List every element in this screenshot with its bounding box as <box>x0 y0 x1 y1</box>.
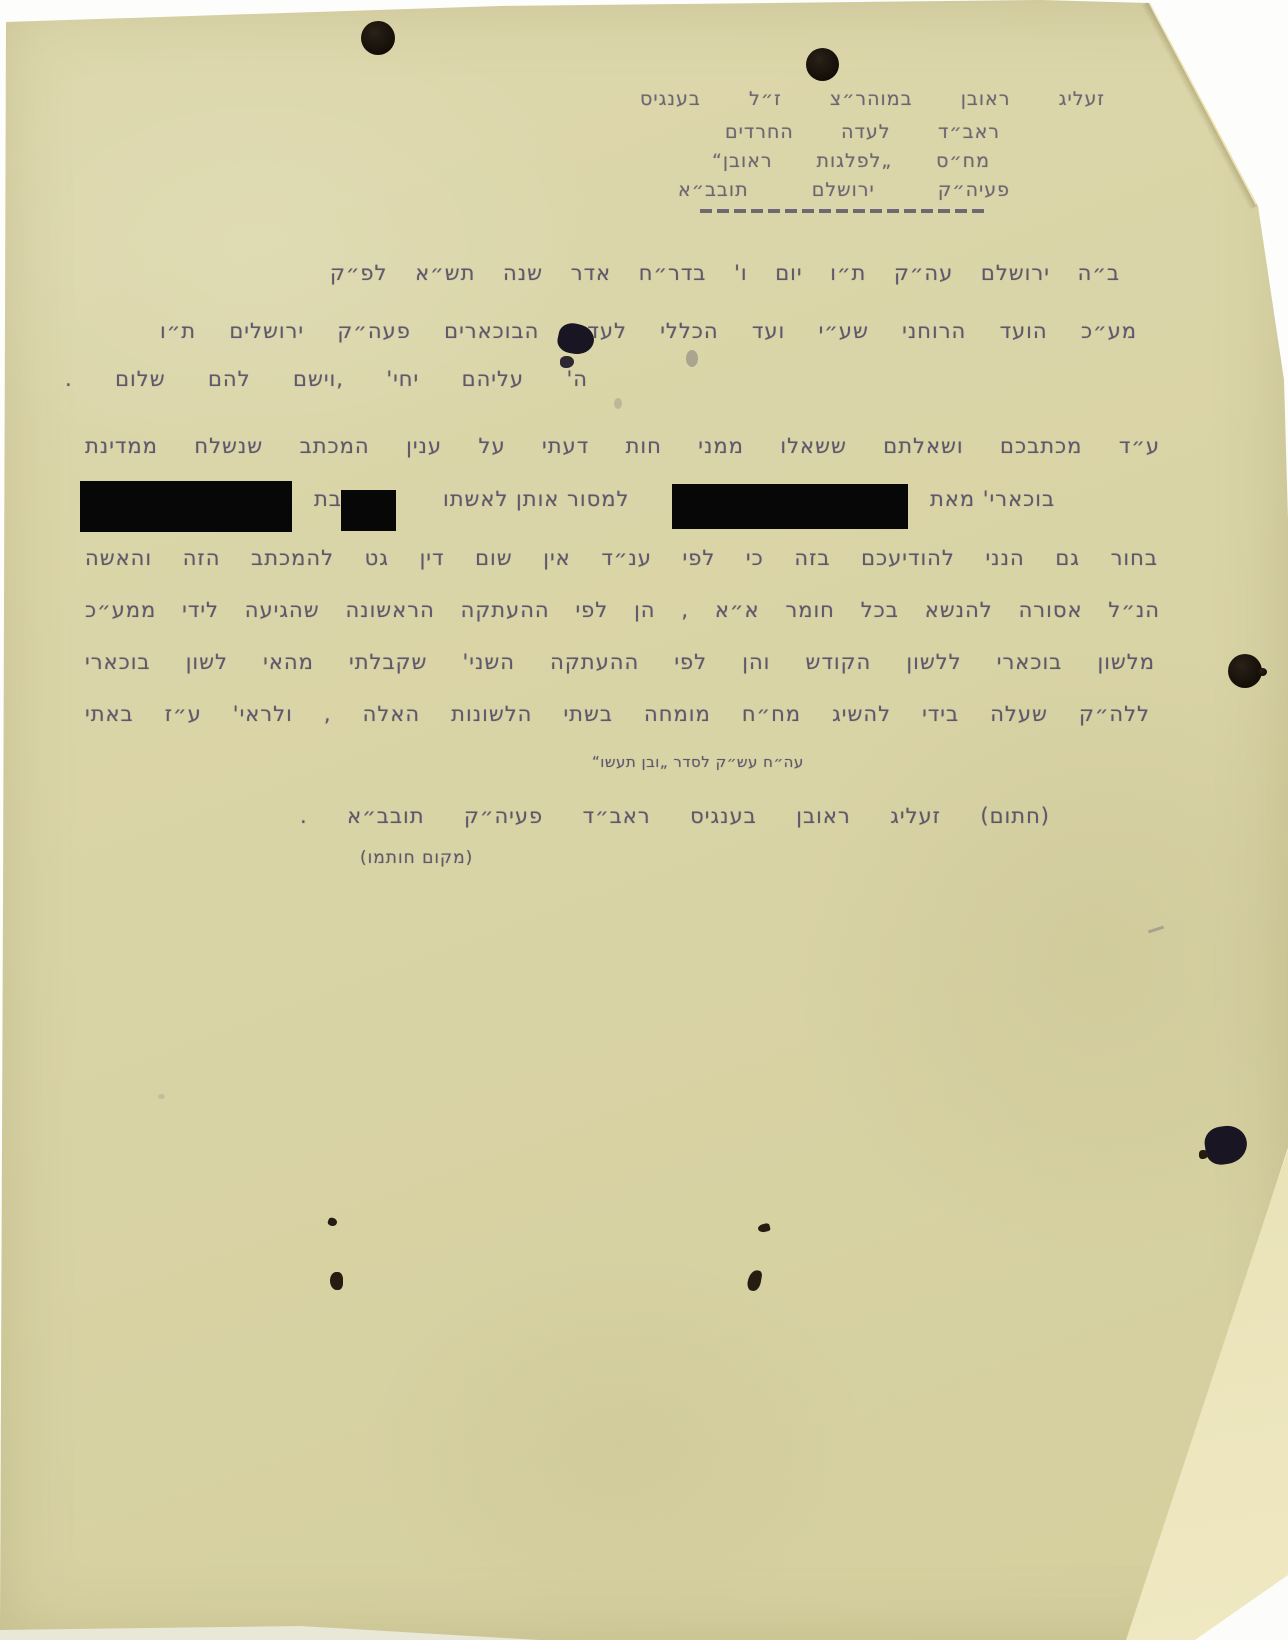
ink-speck-3 <box>330 1272 343 1290</box>
hole-punch-dot-top-left <box>361 21 395 55</box>
ink-blob-right-lower <box>1203 1123 1250 1166</box>
recipient-line: מע״כ הועד הרוחני שע״י ועד הכללי לעדה הבו… <box>160 318 1137 344</box>
body-line-6: ללה״ק שעלה בידי להשיג מח״ח מומחה בשתי הל… <box>85 701 1150 727</box>
stamp-place-note: (מקום חותמו) <box>360 848 473 869</box>
closing-line: עה״ח עש״ק לסדר „ובן תעשו“ <box>592 753 804 772</box>
redacted-line-segment-bat: בת <box>314 486 342 512</box>
pencil-tick-right <box>1148 926 1164 934</box>
faint-smudge-a <box>686 350 698 367</box>
ink-dot-nub <box>1258 668 1267 676</box>
body-line-1: ע״ד מכתבכם ושאלתם ששאלו ממני חות דעתי על… <box>85 433 1160 459</box>
redaction-bar-large <box>80 481 292 532</box>
ink-speck-2 <box>757 1223 771 1234</box>
signature-line: (חתום) זעליג ראובן בענגיס ראב״ד פעיה״ק ת… <box>300 803 1050 829</box>
ink-speck-4 <box>746 1269 762 1292</box>
letterhead-line-2: ראב״ד לעדה החרדים <box>725 121 1000 145</box>
letterhead-line-4: פעיה״ק ירושלם תובב״א <box>678 179 1010 203</box>
body-line-3: בחור גם הנני להודיעכם בזה כי לפי ענ״ד אי… <box>85 545 1158 571</box>
letterhead-line-3: מח״ס „לפלגות ראובן“ <box>712 150 990 174</box>
greeting-line: ה' עליהם יחי' ,וישם להם שלום . <box>65 366 588 392</box>
letterhead-underline-dashes <box>700 209 988 213</box>
redacted-line-segment-middle: למסור אותן לאשתו <box>443 486 629 512</box>
redacted-line-segment-right: בוכארי' מאת <box>930 486 1055 512</box>
hole-punch-dot-top-right <box>806 48 839 81</box>
ink-dot-right-middle <box>1228 654 1262 688</box>
faint-speck <box>158 1094 165 1099</box>
body-line-5: מלשון בוכארי ללשון הקודש והן לפי ההעתקה … <box>85 649 1155 675</box>
body-line-4: הנ״ל אסורה להנשא בכל חומר א״א , הן לפי ה… <box>85 597 1160 623</box>
redaction-bar-small <box>341 490 396 531</box>
date-line: ב״ה ירושלם עה״ק ת״ו יום ו' בדר״ח אדר שנה… <box>330 260 1120 286</box>
ink-speck-1 <box>327 1217 338 1228</box>
faint-smudge-b <box>614 398 622 409</box>
fold-crease-shadow <box>1141 2 1257 210</box>
letterhead-line-1: זעליג ראובן במוהר״צ ז״ל בענגיס <box>640 88 1105 112</box>
letter-page: זעליג ראובן במוהר״צ ז״ל בענגיס ראב״ד לעד… <box>0 0 1288 1640</box>
redaction-bar-middle <box>672 484 908 529</box>
